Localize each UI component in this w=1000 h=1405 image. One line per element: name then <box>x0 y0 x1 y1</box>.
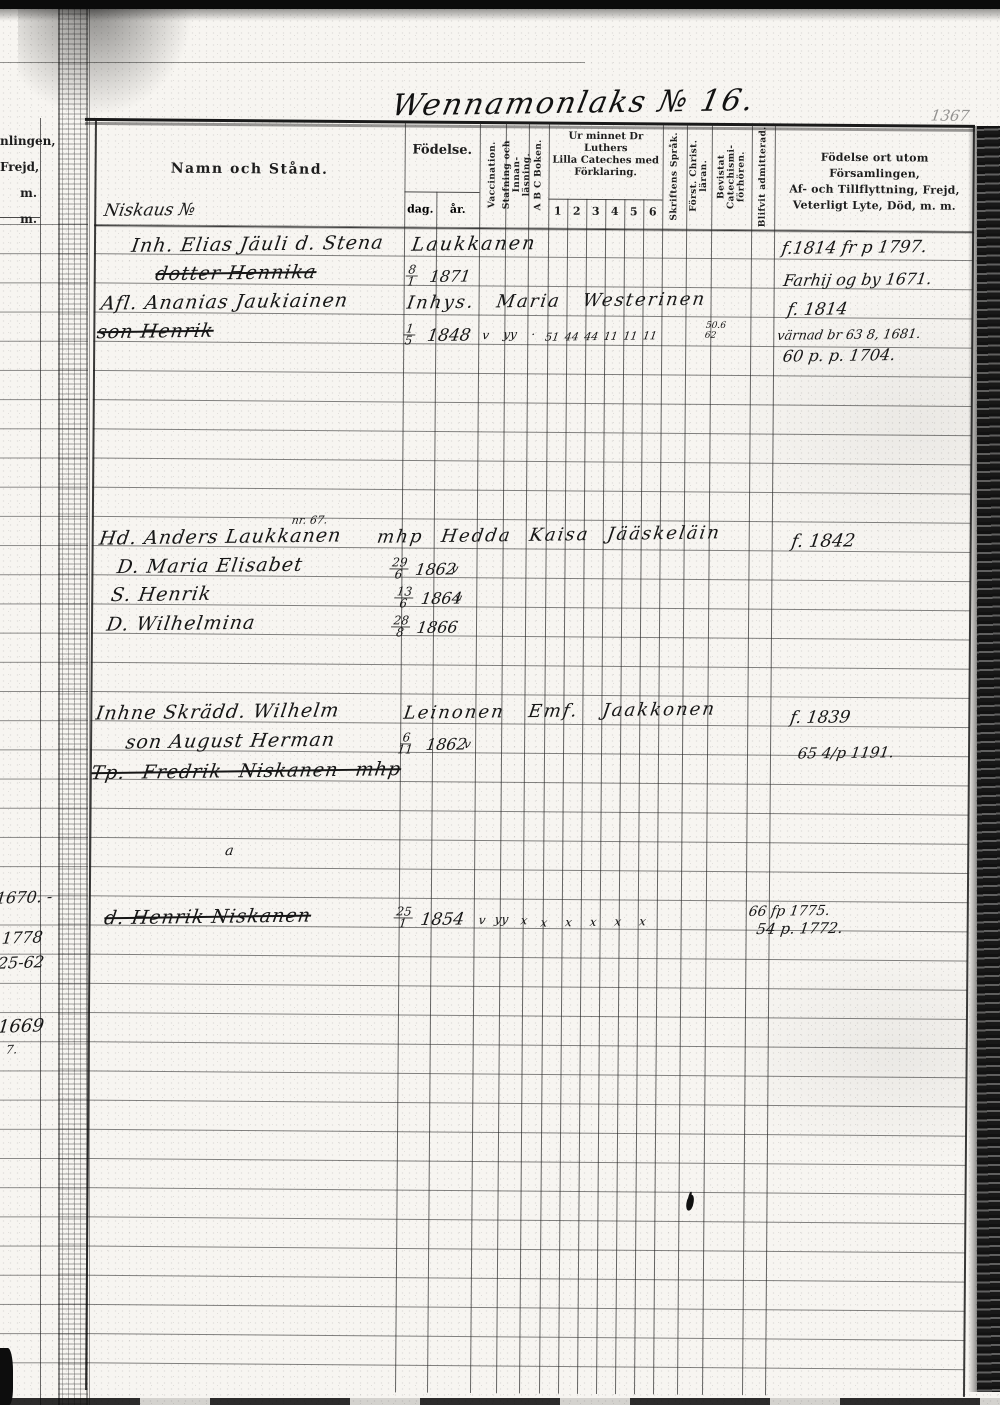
birth-month: 8 <box>396 627 405 638</box>
cateches-marks: x x x x x <box>540 914 647 929</box>
birth-month: 6 <box>399 598 408 609</box>
entry-name: D. Wilhelmina <box>105 612 257 636</box>
scanned-parish-register-page: { "page": { "title": "Wennamonlaks № 16.… <box>0 0 1000 1405</box>
cateches-marks: 51 44 44 11 11 11 <box>544 329 658 343</box>
entry-note: 65 4/p 1191. <box>797 743 896 762</box>
header-forst-christ-laran: Först. Christ. läran. <box>686 125 712 228</box>
cateches-col-5: 5 <box>624 205 643 218</box>
entry-note: Farhij og by 1671. <box>782 269 933 290</box>
entry-birth-date: 288 <box>390 615 412 638</box>
cateches-col-6: 6 <box>643 205 662 218</box>
entry-name: Tp. Fredrik Niskanen mhp <box>90 758 403 784</box>
entry-note: f.1814 fr p 1797. <box>780 237 928 259</box>
cateches-col-3: 3 <box>586 205 605 218</box>
header-stafning: Stafning och Innan- läsning. <box>505 123 529 226</box>
entry-name: S. Henrik <box>109 583 213 606</box>
birth-month: 6 <box>394 569 403 580</box>
handwritten-page-title: Wennamonlaks № 16. <box>389 83 758 123</box>
row-ruling <box>85 224 973 1397</box>
entry-birth-year: 1871 <box>428 267 472 287</box>
entry-name: Afl. Ananias Jaukiainen <box>100 289 350 314</box>
entry-name: d. Henrik Niskanen <box>103 905 313 930</box>
header-fodelse: Födelse. <box>405 142 480 158</box>
cateches-col-2: 2 <box>567 205 586 218</box>
entry-birth-date: 611 <box>397 732 415 755</box>
entry-note: 66 fp 1775. <box>747 903 831 920</box>
scan-edge-bottom <box>0 1398 1000 1405</box>
entry-name: son August Herman <box>124 729 337 754</box>
scan-edge-right <box>977 126 1000 1392</box>
scan-edge-bottom-left-blob <box>0 1348 13 1405</box>
header-bevistat-catechismi: Bevistat Catechismi- förhören. <box>711 125 752 228</box>
header-ar: år. <box>436 203 479 216</box>
header-skriftens-sprak: Skriftens Språk. <box>662 124 687 227</box>
entry-note: värnad br 63 8, 1681. <box>776 327 922 344</box>
cateches-number-row: 1 2 3 4 5 6 <box>548 205 662 219</box>
birth-month: 5 <box>404 335 413 346</box>
margin-number: 1778 <box>1 927 47 948</box>
entry-birth-year: 1862 <box>425 735 469 755</box>
margin-number: 7. <box>5 1041 51 1057</box>
scan-edge-top-fade <box>0 9 1000 21</box>
birth-month: 11 <box>397 744 414 755</box>
scan-edge-top <box>0 0 1000 9</box>
birth-month: 1 <box>398 918 407 929</box>
cateches-col-1: 1 <box>548 205 567 218</box>
entry-note-2: 60 p. p. 1704. <box>782 345 897 365</box>
binding-shadow-top <box>18 6 198 121</box>
entry-name: Hd. Anders Laukkanen <box>98 524 343 549</box>
cateches-col-4: 4 <box>605 205 624 218</box>
entry-span-text: Inhys. Maria Westerinen <box>406 289 708 314</box>
previous-page-cut-header: nlingen, Frejd, m. m. <box>0 118 40 218</box>
entry-birth-year: 1848 <box>426 326 472 347</box>
header-dag: dag. <box>404 202 436 215</box>
entry-birth-date: 251 <box>392 906 414 929</box>
handwritten-district-name: Niskaus № <box>102 200 196 221</box>
margin-number: 1670. - <box>0 887 41 908</box>
header-namn-och-stand: Namn och Stånd. <box>95 160 405 178</box>
entry-birth-date: 136 <box>393 586 415 609</box>
bevistat-note: 50.6 62 <box>704 321 726 341</box>
entry-span-text: Laukkanen <box>410 232 538 256</box>
header-notes-column: Födelse ort utom Församlingen, Af- och T… <box>776 149 972 215</box>
entry-name: Inhne Skrädd. Wilhelm <box>94 699 341 724</box>
stafning-mark: yy <box>502 327 518 341</box>
entry-birth-year: 1854 <box>419 909 465 930</box>
fodelse-divider <box>404 191 479 193</box>
header-blifvit-admitterad: Blifvit admitterad. <box>751 125 775 228</box>
entry-name: Inh. Elias Jäuli d. Stena <box>130 232 385 257</box>
entry-note: f. 1842 <box>790 530 857 552</box>
margin-number: 25-62 <box>0 952 43 973</box>
entry-note-2: 54 p. 1772. <box>755 919 844 938</box>
ledger-sheet: Wennamonlaks № 16. 1367 Namn och Stånd. … <box>85 118 975 1397</box>
header-cateches-title: Ur minnet Dr Luthers Lilla Cateches med … <box>550 131 662 180</box>
margin-number: 1669 <box>0 1015 43 1038</box>
entry-birth-year: 1866 <box>416 617 460 637</box>
faint-corner-number: 1367 <box>930 107 971 125</box>
cateches-divider <box>548 199 662 201</box>
entry-name: D. Maria Elisabet <box>116 554 305 578</box>
birth-month: 1 <box>406 276 415 287</box>
header-cateches-group: Ur minnet Dr Luthers Lilla Cateches med … <box>548 124 663 228</box>
book-binding-strip <box>58 0 88 1405</box>
entry-note: f. 1839 <box>789 707 852 728</box>
entry-span-text: Leinonen Emf. Jaakkonen <box>402 699 717 724</box>
entry-birth-date: 296 <box>388 557 410 580</box>
header-abc-boken: A B C Boken. <box>528 123 549 226</box>
entry-name: son Henrik <box>96 320 216 343</box>
stafning-mark: yy <box>494 912 510 926</box>
entry-note: f. 1814 <box>786 299 849 320</box>
entry-name: dotter Hennika <box>154 261 318 285</box>
